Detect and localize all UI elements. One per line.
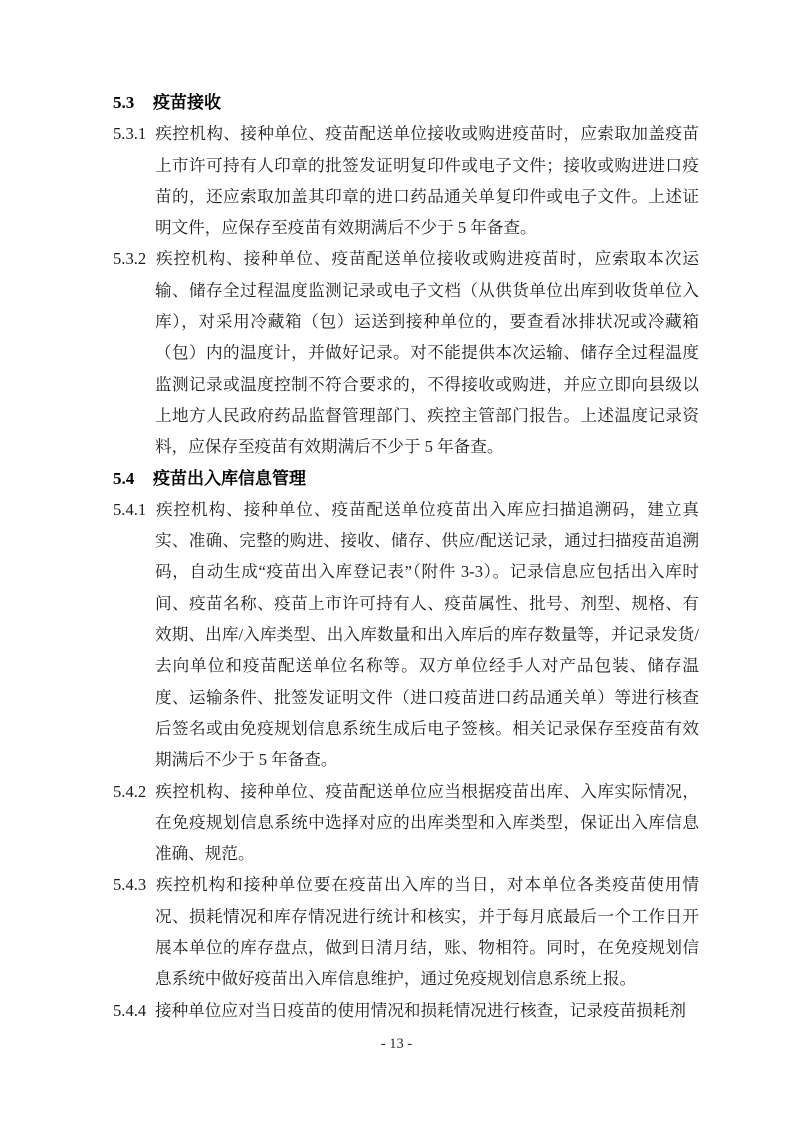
clause-number: 5.3.2 [113,243,155,274]
page-number: - 13 - [381,1036,412,1052]
clause-number: 5.4.3 [113,869,155,900]
clause-text: 疾控机构、接种单位、疫苗配送单位接收或购进疫苗时，应索取本次运输、储存全过程温度… [155,249,699,456]
clause-number: 5.4.1 [113,494,155,525]
section-heading-5-3: 5.3疫苗接收 [113,87,699,118]
clause-number: 5.4.4 [113,995,155,1026]
section-title: 疫苗接收 [153,93,221,112]
section-title: 疫苗出入库信息管理 [153,469,306,488]
clause-text: 疾控机构、接种单位、疫苗配送单位疫苗出入库应扫描追溯码，建立真实、准确、完整的购… [155,500,699,769]
clause-text: 疾控机构和接种单位要在疫苗出入库的当日，对本单位各类疫苗使用情况、损耗情况和库存… [155,875,699,988]
clause-5-4-1: 5.4.1疾控机构、接种单位、疫苗配送单位疫苗出入库应扫描追溯码，建立真实、准确… [113,494,699,776]
page-footer: - 13 - [0,1036,793,1053]
clause-5-4-3: 5.4.3疾控机构和接种单位要在疫苗出入库的当日，对本单位各类疫苗使用情况、损耗… [113,869,699,994]
clause-text: 疾控机构、接种单位、疫苗配送单位应当根据疫苗出库、入库实际情况，在免疫规划信息系… [155,782,699,864]
clause-number: 5.3.1 [113,118,155,149]
clause-5-3-1: 5.3.1疾控机构、接种单位、疫苗配送单位接收或购进疫苗时，应索取加盖疫苗上市许… [113,118,699,243]
section-number: 5.3 [113,87,153,118]
document-page: 5.3疫苗接收 5.3.1疾控机构、接种单位、疫苗配送单位接收或购进疫苗时，应索… [0,0,793,1122]
clause-number: 5.4.2 [113,776,155,807]
clause-5-4-4: 5.4.4接种单位应对当日疫苗的使用情况和损耗情况进行核查，记录疫苗损耗剂 [113,995,699,1026]
section-number: 5.4 [113,463,153,494]
clause-text: 接种单位应对当日疫苗的使用情况和损耗情况进行核查，记录疫苗损耗剂 [155,1001,686,1020]
clause-text: 疾控机构、接种单位、疫苗配送单位接收或购进疫苗时，应索取加盖疫苗上市许可持有人印… [155,124,699,237]
clause-5-4-2: 5.4.2疾控机构、接种单位、疫苗配送单位应当根据疫苗出库、入库实际情况，在免疫… [113,776,699,870]
section-heading-5-4: 5.4疫苗出入库信息管理 [113,463,699,494]
document-content: 5.3疫苗接收 5.3.1疾控机构、接种单位、疫苗配送单位接收或购进疫苗时，应索… [113,87,699,1026]
clause-5-3-2: 5.3.2疾控机构、接种单位、疫苗配送单位接收或购进疫苗时，应索取本次运输、储存… [113,243,699,462]
